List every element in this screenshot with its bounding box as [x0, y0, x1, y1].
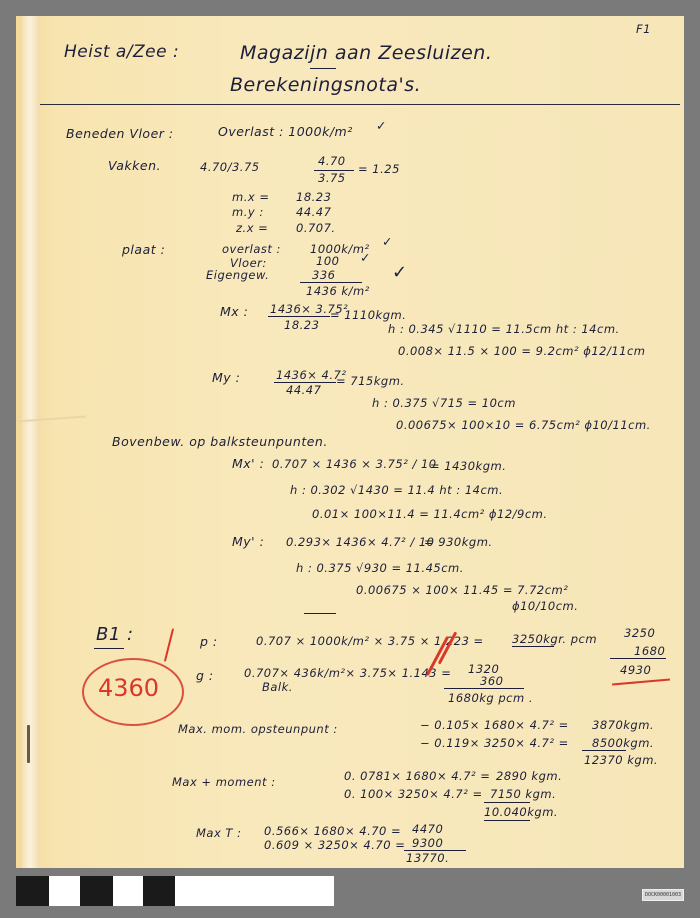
- side-sum-2: 1680: [634, 644, 665, 658]
- beam-label: B1 :: [96, 624, 134, 645]
- underline: [310, 68, 336, 69]
- mx-result: = 1110kgm.: [330, 308, 406, 322]
- pos-moment-f2: 0. 100× 3250× 4.7² =: [344, 787, 483, 801]
- check-mark-icon: ✓: [360, 250, 371, 265]
- ratio-num: 4.70: [318, 154, 346, 168]
- sum-line: [484, 802, 530, 803]
- support-mx-h: h : 0.302 √1430 = 11.4 ht : 14cm.: [290, 483, 503, 497]
- my-label: My :: [212, 370, 240, 385]
- my-h-line: h : 0.375 √715 = 10cm: [372, 396, 516, 410]
- beam-p-result: 3250kgr. pcm: [512, 632, 597, 646]
- red-circle-value: 4360: [98, 674, 159, 702]
- underline: [484, 820, 530, 821]
- check-mark-icon: ✓: [376, 118, 387, 133]
- archive-label: DOCK00001003: [642, 889, 684, 901]
- plate-label: plaat :: [122, 242, 165, 257]
- shear-f1: 0.566× 1680× 4.70 =: [264, 824, 401, 838]
- pos-moment-total: 10.040kgm.: [484, 805, 558, 819]
- mx-steel: 0.008× 11.5 × 100 = 9.2cm² ϕ12/11cm: [398, 344, 646, 358]
- header-location: Heist a/Zee :: [64, 42, 179, 62]
- panels-dims: 4.70/3.75: [200, 160, 260, 174]
- mx-formula-den: 18.23: [284, 318, 319, 332]
- pos-moment-f1: 0. 0781× 1680× 4.7² =: [344, 769, 490, 783]
- sum-line: [610, 658, 666, 659]
- support-moment-f2: − 0.119× 3250× 4.7² =: [420, 736, 569, 750]
- paper-fold: [22, 16, 40, 868]
- plate-total: 1436 k/m²: [306, 284, 370, 298]
- side-sum-1: 3250: [624, 626, 655, 640]
- section-divider: [304, 613, 336, 614]
- floor-title: Beneden Vloer :: [66, 126, 174, 141]
- plate-overload-label: overlast :: [222, 242, 281, 256]
- beam-p-label: p :: [200, 634, 218, 649]
- underline: [94, 648, 124, 649]
- staple: [27, 725, 30, 763]
- beam-g-label: g :: [196, 668, 214, 683]
- pos-moment-r2: 7150 kgm.: [490, 787, 556, 801]
- shear-r2: 9300: [412, 836, 443, 850]
- coef-my-label: m.y :: [232, 205, 264, 219]
- color-scale-bar: [16, 876, 334, 906]
- plate-selfweight-value: 336: [312, 268, 335, 282]
- red-circled-annotation: 4360: [82, 658, 184, 726]
- my-formula-den: 44.47: [286, 383, 321, 397]
- shear-total: 13770.: [406, 851, 449, 865]
- beam-balk-value: 360: [480, 674, 503, 688]
- side-sum-total: 4930: [620, 663, 651, 677]
- beam-balk-label: Balk.: [262, 680, 293, 694]
- support-mx-steel: 0.01× 100×11.4 = 11.4cm² ϕ12/9cm.: [312, 507, 548, 521]
- my-result: = 715kgm.: [336, 374, 405, 388]
- shear-r1: 4470: [412, 822, 443, 836]
- mx-label: Mx :: [220, 304, 248, 319]
- coef-my-value: 44.47: [296, 205, 331, 219]
- shear-f2: 0.609 × 3250× 4.70 =: [264, 838, 405, 852]
- plate-floor-value: 100: [316, 254, 339, 268]
- shear-label: Max T :: [196, 826, 242, 840]
- floor-overload: Overlast : 1000k/m²: [218, 124, 353, 139]
- support-my-steel: 0.00675 × 100× 11.45 = 7.72cm²: [356, 583, 568, 597]
- panels-label: Vakken.: [108, 158, 161, 173]
- support-title: Bovenbew. op balksteunpunten.: [112, 434, 328, 449]
- underline: [512, 646, 554, 647]
- support-my-bar: ϕ10/10cm.: [512, 599, 578, 613]
- support-moment-f1: − 0.105× 1680× 4.7² =: [420, 718, 569, 732]
- sum-line: [444, 688, 524, 689]
- coef-zx-value: 0.707.: [296, 221, 336, 235]
- support-my-label: My' :: [232, 534, 264, 549]
- my-steel: 0.00675× 100×10 = 6.75cm² ϕ10/11cm.: [396, 418, 651, 432]
- support-my-formula: 0.293× 1436× 4.7² / 10: [286, 535, 435, 549]
- page-mark: F1: [636, 22, 651, 36]
- support-moment-total: 12370 kgm.: [584, 753, 658, 767]
- coef-mx-value: 18.23: [296, 190, 331, 204]
- coef-mx-label: m.x =: [232, 190, 269, 204]
- plate-selfweight-label: Eigengew.: [206, 268, 269, 282]
- ratio-den: 3.75: [318, 171, 346, 185]
- fraction-bar: [268, 316, 330, 317]
- beam-g-formula: 0.707× 436k/m²× 3.75× 1.143 =: [244, 666, 451, 680]
- mx-h-line: h : 0.345 √1110 = 11.5cm ht : 14cm.: [388, 322, 620, 336]
- support-mx-label: Mx' :: [232, 456, 264, 471]
- pos-moment-label: Max + moment :: [172, 775, 276, 789]
- header-project: Magazijn aan Zeesluizen.: [240, 42, 492, 64]
- support-my-h: h : 0.375 √930 = 11.45cm.: [296, 561, 464, 575]
- check-mark-icon: ✓: [392, 262, 408, 283]
- support-my-result: = 930kgm.: [424, 535, 493, 549]
- support-moment-label: Max. mom. opsteunpunt :: [178, 722, 338, 736]
- pos-moment-r1: 2890 kgm.: [496, 769, 562, 783]
- support-mx-result: = 1430kgm.: [430, 459, 506, 473]
- header-rule: [40, 104, 680, 105]
- sum-line: [300, 282, 362, 283]
- beam-g-total: 1680kg pcm .: [448, 691, 533, 705]
- sum-line: [582, 750, 626, 751]
- coef-zx-label: z.x =: [236, 221, 268, 235]
- ratio-result: = 1.25: [358, 162, 400, 176]
- support-moment-r1: 3870kgm.: [592, 718, 654, 732]
- support-moment-r2: 8500kgm.: [592, 736, 654, 750]
- support-mx-formula: 0.707 × 1436 × 3.75² / 10: [272, 457, 437, 471]
- header-subtitle: Berekeningsnota's.: [230, 74, 421, 96]
- check-mark-icon: ✓: [382, 234, 393, 249]
